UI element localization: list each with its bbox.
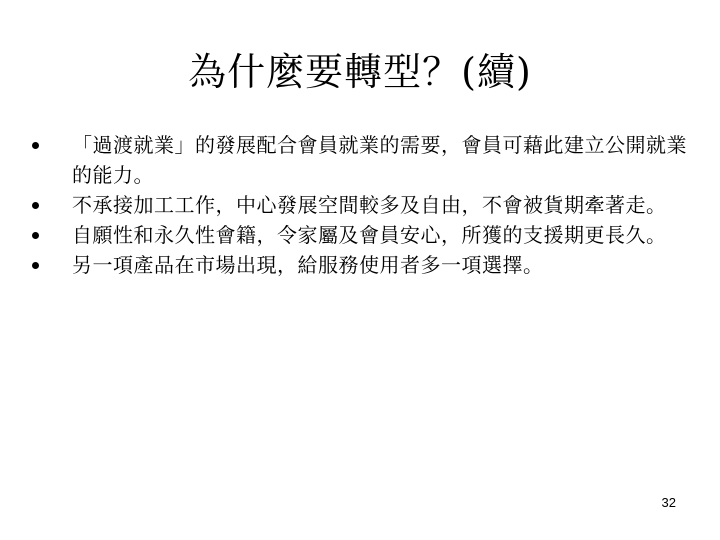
bullet-text: 不承接加工工作，中心發展空間較多及自由，不會被貨期牽著走。 [72,193,667,217]
bullet-dot-icon [32,142,39,149]
bullet-dot-icon [32,202,39,209]
slide: 為什麼要轉型？(續) 「過渡就業」的發展配合會員就業的需要，會員可藉此建立公開就… [0,0,720,540]
bullet-list: 「過渡就業」的發展配合會員就業的需要，會員可藉此建立公開就業的能力。 不承接加工… [30,130,690,280]
bullet-item: 不承接加工工作，中心發展空間較多及自由，不會被貨期牽著走。 [30,190,690,220]
bullet-text: 「過渡就業」的發展配合會員就業的需要，會員可藉此建立公開就業的能力。 [72,133,687,187]
bullet-item: 「過渡就業」的發展配合會員就業的需要，會員可藉此建立公開就業的能力。 [30,130,690,190]
bullet-item: 另一項產品在市場出現，給服務使用者多一項選擇。 [30,250,690,280]
bullet-dot-icon [32,262,39,269]
slide-title: 為什麼要轉型？(續) [0,44,720,100]
bullet-text: 自願性和永久性會籍，令家屬及會員安心，所獲的支援期更長久。 [72,223,667,247]
bullet-item: 自願性和永久性會籍，令家屬及會員安心，所獲的支援期更長久。 [30,220,690,250]
bullet-text: 另一項產品在市場出現，給服務使用者多一項選擇。 [72,253,544,277]
page-number: 32 [662,495,676,511]
bullet-dot-icon [32,232,39,239]
